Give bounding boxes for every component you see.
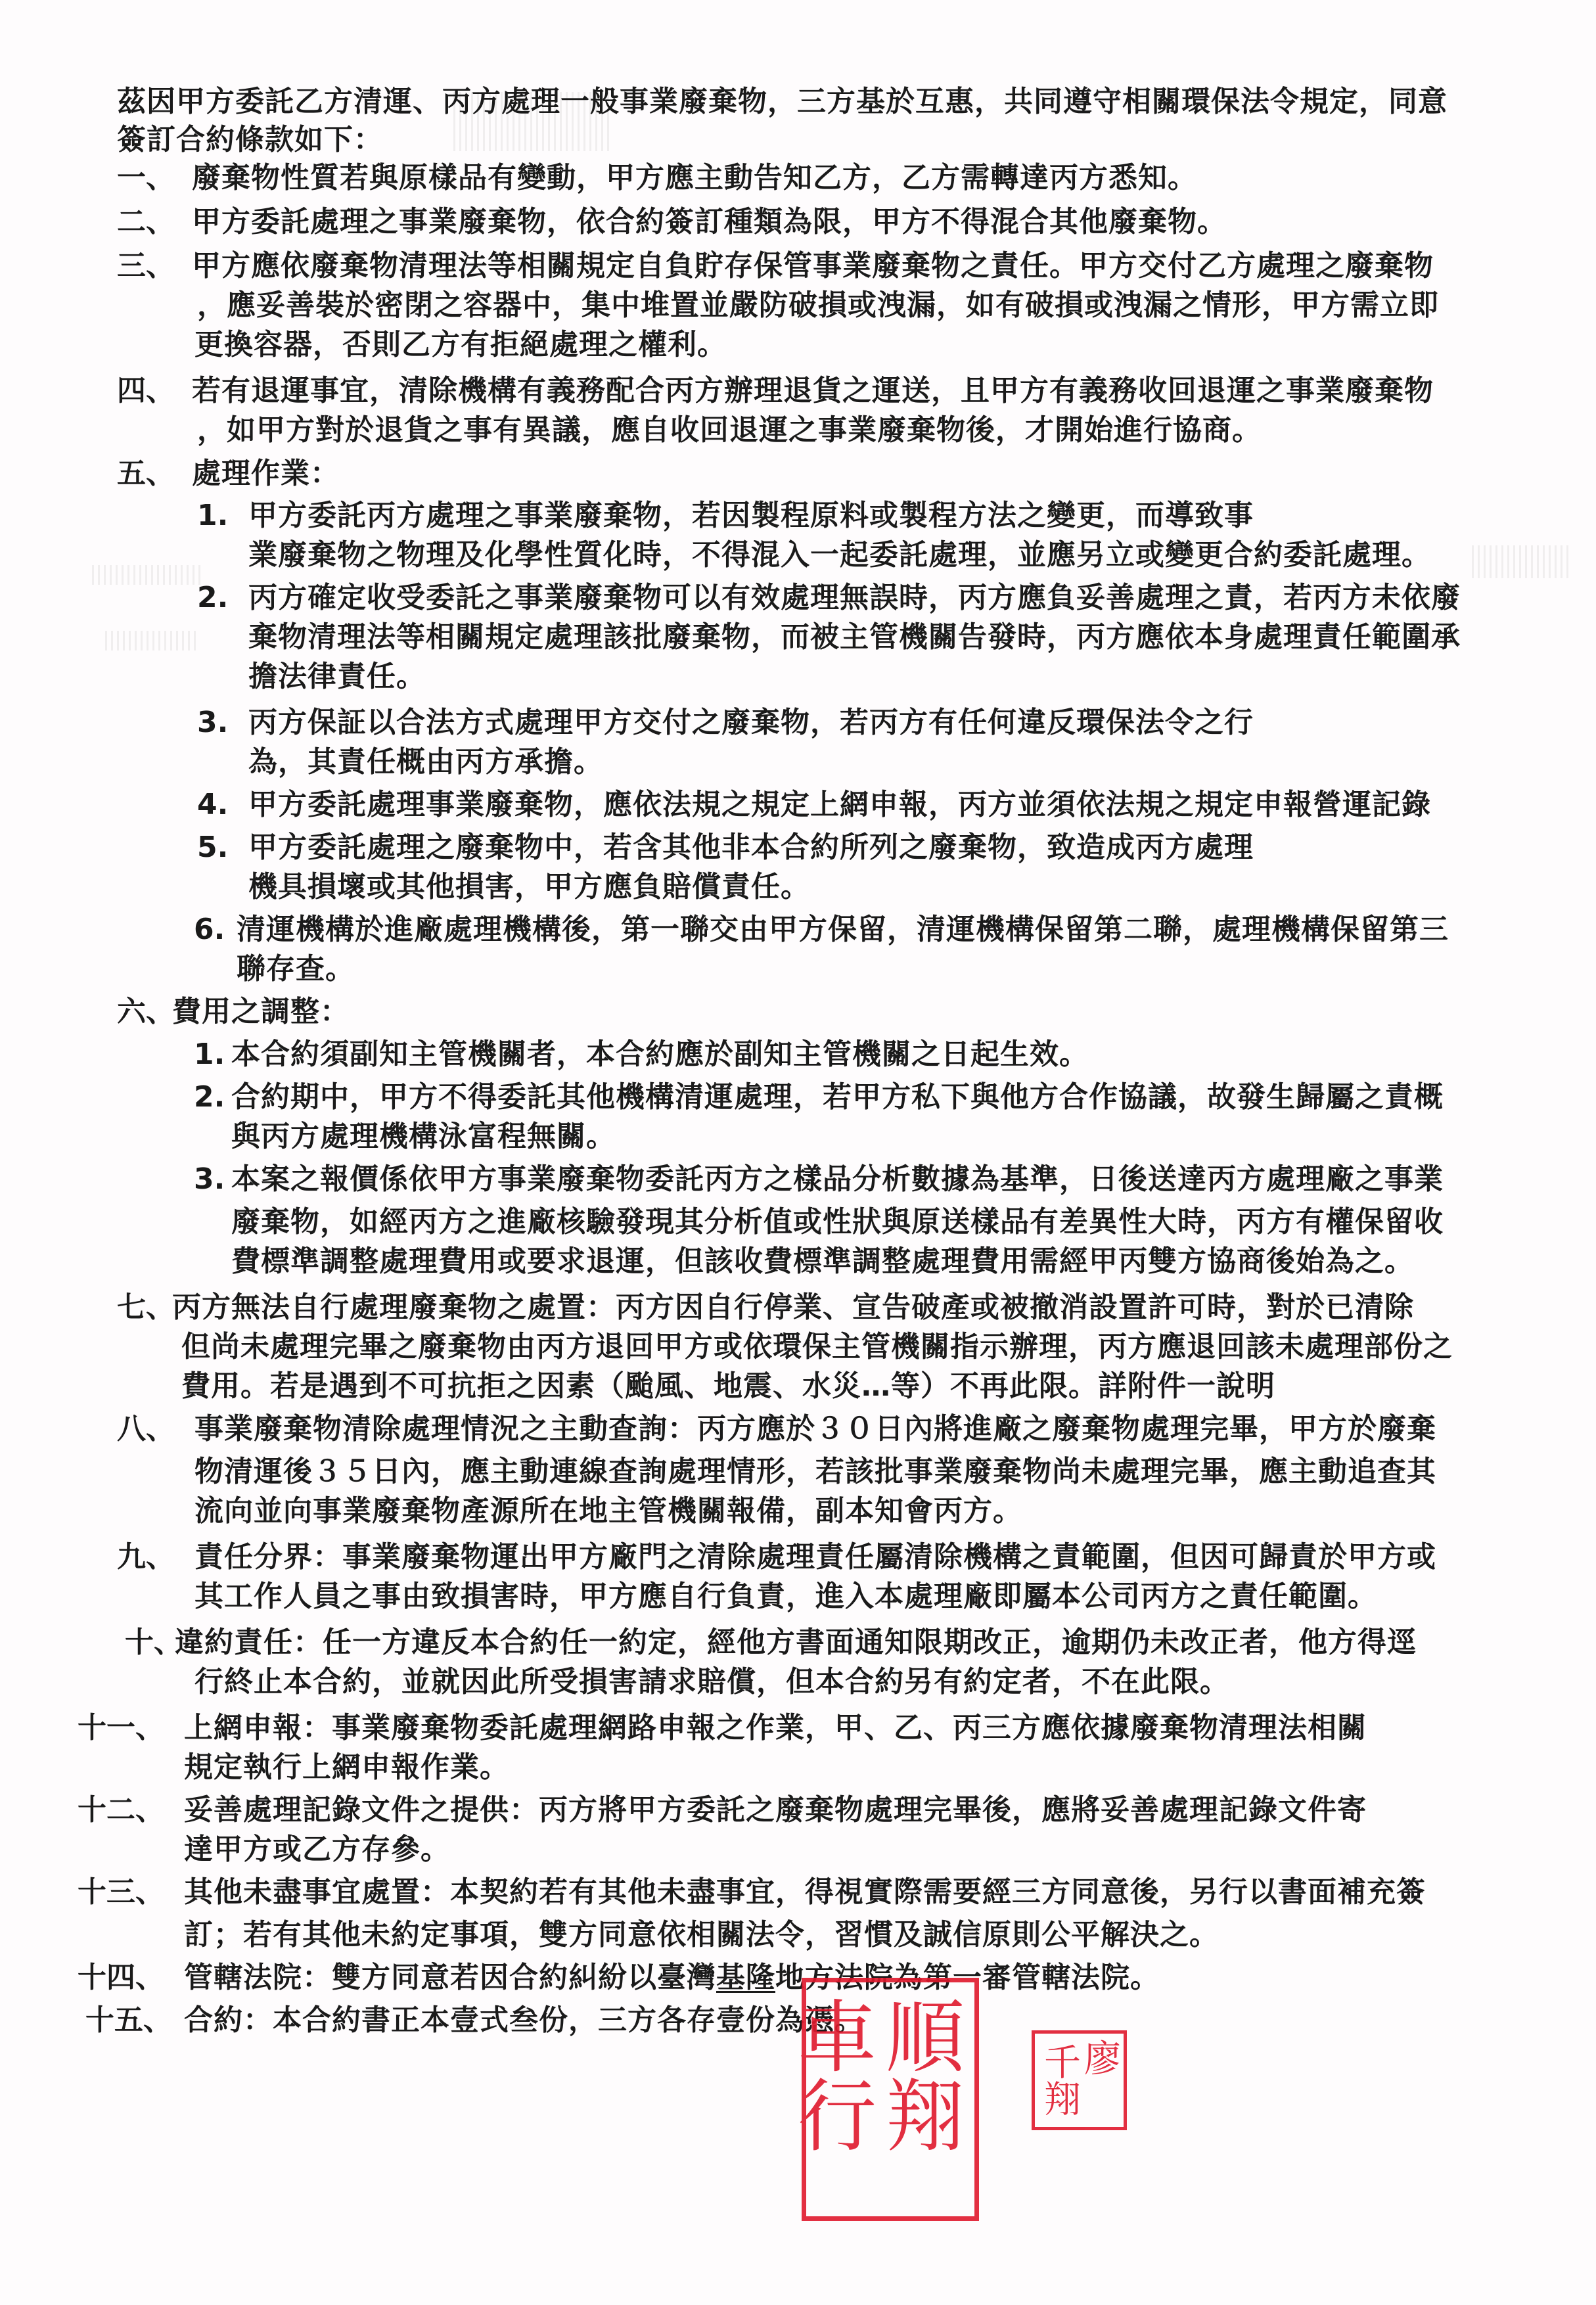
item-text: 甲方委託處理之廢棄物中，若含其他非本合約所列之廢棄物，致造成丙方處理 bbox=[248, 829, 1254, 866]
item-number: 3. bbox=[194, 1161, 225, 1198]
clause-number: 十四、 bbox=[78, 1959, 164, 1996]
item-number: 1. bbox=[194, 1036, 225, 1073]
clause-text: 違約責任：任一方違反本合約任一約定，經他方書面通知限期改正，逾期仍未改正者，他方… bbox=[175, 1624, 1417, 1661]
clause-text: 甲方應依廢棄物清理法等相關規定自負貯存保管事業廢棄物之責任。甲方交付乙方處理之廢… bbox=[192, 248, 1434, 285]
clause-text: 更換容器，否則乙方有拒絕處理之權利。 bbox=[194, 327, 727, 363]
clause-number: 十一、 bbox=[78, 1710, 164, 1746]
clause-text: 廢棄物性質若與原樣品有變動，甲方應主動告知乙方，乙方需轉達丙方悉知。 bbox=[192, 160, 1197, 196]
seal-text-left: 車行 bbox=[810, 1996, 882, 2153]
clause-text: 責任分界：事業廢棄物運出甲方廠門之清除處理責任屬清除機構之責範圍，但因可歸責於甲… bbox=[194, 1539, 1436, 1576]
clause-text: 妥善處理記錄文件之提供：丙方將甲方委託之廢棄物處理完畢後，應將妥善處理記錄文件寄 bbox=[184, 1792, 1367, 1829]
clause-number: 二、 bbox=[117, 204, 175, 240]
item-text: 丙方保証以合法方式處理甲方交付之廢棄物，若丙方有任何違反環保法令之行 bbox=[248, 704, 1254, 741]
clause-text: 其他未盡事宜處置：本契約若有其他未盡事宜，得視實際需要經三方同意後，另行以書面補… bbox=[184, 1874, 1426, 1911]
item-text: 本案之報價係依甲方事業廢棄物委託丙方之樣品分析數據為基準，日後送達丙方處理廠之事… bbox=[231, 1161, 1444, 1198]
bleed-through-mark bbox=[105, 631, 197, 650]
clause-title: 費用之調整： bbox=[172, 993, 350, 1030]
clause-text: 行終止本合約，並就因此所受損害請求賠償，但本合約另有約定者，不在此限。 bbox=[194, 1664, 1229, 1700]
contract-page: 茲因甲方委託乙方清運、丙方處理一般事業廢棄物，三方基於互惠，共同遵守相關環保法令… bbox=[0, 0, 1596, 2305]
company-seal-stamp: 順翔 車行 bbox=[802, 1978, 979, 2221]
clause-text: 達甲方或乙方存參。 bbox=[184, 1831, 450, 1868]
item-text: 合約期中，甲方不得委託其他機構清運處理，若甲方私下與他方合作協議，故發生歸屬之責… bbox=[231, 1079, 1444, 1116]
item-text: 甲方委託丙方處理之事業廢棄物，若因製程原料或製程方法之變更，而導致事 bbox=[248, 497, 1254, 534]
item-text: 本合約須副知主管機關者，本合約應於副知主管機關之日起生效。 bbox=[231, 1036, 1089, 1073]
clause-text: 費用。若是遇到不可抗拒之因素（颱風、地震、水災…等）不再此限。詳附件一說明 bbox=[181, 1368, 1275, 1405]
item-number: 1. bbox=[197, 497, 228, 534]
clause-text: 上網申報：事業廢棄物委託處理網路申報之作業，甲、乙、丙三方應依據廢棄物清理法相關 bbox=[184, 1710, 1367, 1746]
clause-text: 物清運後３５日內，應主動連線查詢處理情形，若該批事業廢棄物尚未處理完畢，應主動追… bbox=[194, 1453, 1436, 1490]
clause-number: 十二、 bbox=[78, 1792, 164, 1829]
bleed-through-mark bbox=[1472, 545, 1570, 578]
item-text: 與丙方處理機構泳富程無關。 bbox=[231, 1118, 616, 1155]
seal-text-right: 廖 bbox=[1078, 2039, 1121, 2076]
item-number: 3. bbox=[197, 704, 228, 741]
clause-text: ，應妥善裝於密閉之容器中，集中堆置並嚴防破損或洩漏，如有破損或洩漏之情形，甲方需… bbox=[197, 287, 1439, 324]
item-text: 清運機構於進廠處理機構後，第一聯交由甲方保留，清運機構保留第二聯，處理機構保留第… bbox=[237, 911, 1449, 948]
clause-text: ，如甲方對於退貨之事有異議，應自收回退運之事業廢棄物後，才開始進行協商。 bbox=[197, 412, 1262, 449]
clause-text: 若有退運事宜，清除機構有義務配合丙方辦理退貨之運送，且甲方有義務收回退運之事業廢… bbox=[192, 373, 1434, 409]
clause-number: 六、 bbox=[117, 993, 175, 1030]
clause-number: 十、 bbox=[125, 1624, 183, 1661]
clause-number: 十三、 bbox=[78, 1874, 164, 1911]
item-number: 5. bbox=[197, 829, 228, 866]
bleed-through-mark bbox=[92, 565, 204, 585]
clause-number: 八、 bbox=[117, 1411, 175, 1448]
clause-title: 處理作業： bbox=[192, 455, 340, 492]
clause-text-pre: 管轄法院：雙方同意若因合約糾紛以臺灣 bbox=[184, 1961, 716, 1994]
item-text: 甲方委託處理事業廢棄物，應依法規之規定上網申報，丙方並須依法規之規定申報營運記錄 bbox=[248, 787, 1431, 823]
clause-number: 七、 bbox=[117, 1289, 175, 1326]
item-text: 棄物清理法等相關規定處理該批廢棄物，而被主管機關告發時，丙方應依本身處理責任範圍… bbox=[248, 619, 1461, 656]
item-number: 6. bbox=[194, 911, 225, 948]
item-text: 聯存查。 bbox=[237, 951, 355, 988]
clause-number: 三、 bbox=[117, 248, 175, 285]
item-text: 業廢棄物之物理及化學性質化時，不得混入一起委託處理，並應另立或變更合約委託處理。 bbox=[248, 537, 1431, 574]
clause-text: 丙方無法自行處理廢棄物之處置：丙方因自行停業、宣告破產或被撤消設置許可時，對於已… bbox=[172, 1289, 1414, 1326]
seal-text-right: 順翔 bbox=[898, 1996, 970, 2153]
item-number: 2. bbox=[194, 1079, 225, 1116]
item-text: 擔法律責任。 bbox=[248, 658, 426, 695]
clause-text: 甲方委託處理之事業廢棄物，依合約簽訂種類為限，甲方不得混合其他廢棄物。 bbox=[192, 204, 1227, 240]
court-location: 基隆 bbox=[716, 1961, 775, 1994]
clause-number: 四、 bbox=[117, 373, 175, 409]
item-number: 2. bbox=[197, 580, 228, 616]
item-text: 費標準調整處理費用或要求退運，但該收費標準調整處理費用需經甲丙雙方協商後始為之。 bbox=[231, 1243, 1414, 1280]
item-text: 丙方確定收受委託之事業廢棄物可以有效處理無誤時，丙方應負妥善處理之責，若丙方未依… bbox=[248, 580, 1461, 616]
clause-number: 九、 bbox=[117, 1539, 175, 1576]
clause-text: 規定執行上網申報作業。 bbox=[184, 1749, 509, 1786]
clause-text: 流向並向事業廢棄物產源所在地主管機關報備，副本知會丙方。 bbox=[194, 1493, 1022, 1530]
clause-text: 但尚未處理完畢之廢棄物由丙方退回甲方或依環保主管機關指示辦理，丙方應退回該未處理… bbox=[181, 1329, 1453, 1365]
intro-line: 簽訂合約條款如下： bbox=[117, 122, 383, 158]
clause-text: 事業廢棄物清除處理情況之主動查詢：丙方應於３０日內將進廠之廢棄物處理完畢，甲方於… bbox=[194, 1411, 1436, 1448]
clause-number: 十五、 bbox=[85, 2002, 172, 2039]
intro-line: 茲因甲方委託乙方清運、丙方處理一般事業廢棄物，三方基於互惠，共同遵守相關環保法令… bbox=[117, 83, 1448, 120]
item-text: 機具損壞或其他損害，甲方應負賠償責任。 bbox=[248, 869, 810, 905]
clause-number: 五、 bbox=[117, 455, 175, 492]
clause-text: 其工作人員之事由致損害時，甲方應自行負責，進入本處理廠即屬本公司丙方之責任範圍。 bbox=[194, 1578, 1377, 1615]
personal-seal-stamp: 廖 千翔 bbox=[1032, 2030, 1127, 2130]
item-number: 4. bbox=[197, 787, 228, 823]
item-text: 為，其責任概由丙方承擔。 bbox=[248, 744, 603, 781]
seal-text-left: 千翔 bbox=[1037, 2043, 1081, 2116]
clause-text: 訂；若有其他未約定事項，雙方同意依相關法令，習慣及誠信原則公平解決之。 bbox=[184, 1917, 1219, 1953]
clause-text: 管轄法院：雙方同意若因合約糾紛以臺灣基隆地方法院為第一審管轄法院。 bbox=[184, 1959, 1160, 1996]
clause-number: 一、 bbox=[117, 160, 175, 196]
clause-text: 合約：本合約書正本壹式叁份，三方各存壹份為憑。 bbox=[184, 2002, 864, 2039]
item-text: 廢棄物，如經丙方之進廠核驗發現其分析值或性狀與原送樣品有差異性大時，丙方有權保留… bbox=[231, 1204, 1444, 1241]
